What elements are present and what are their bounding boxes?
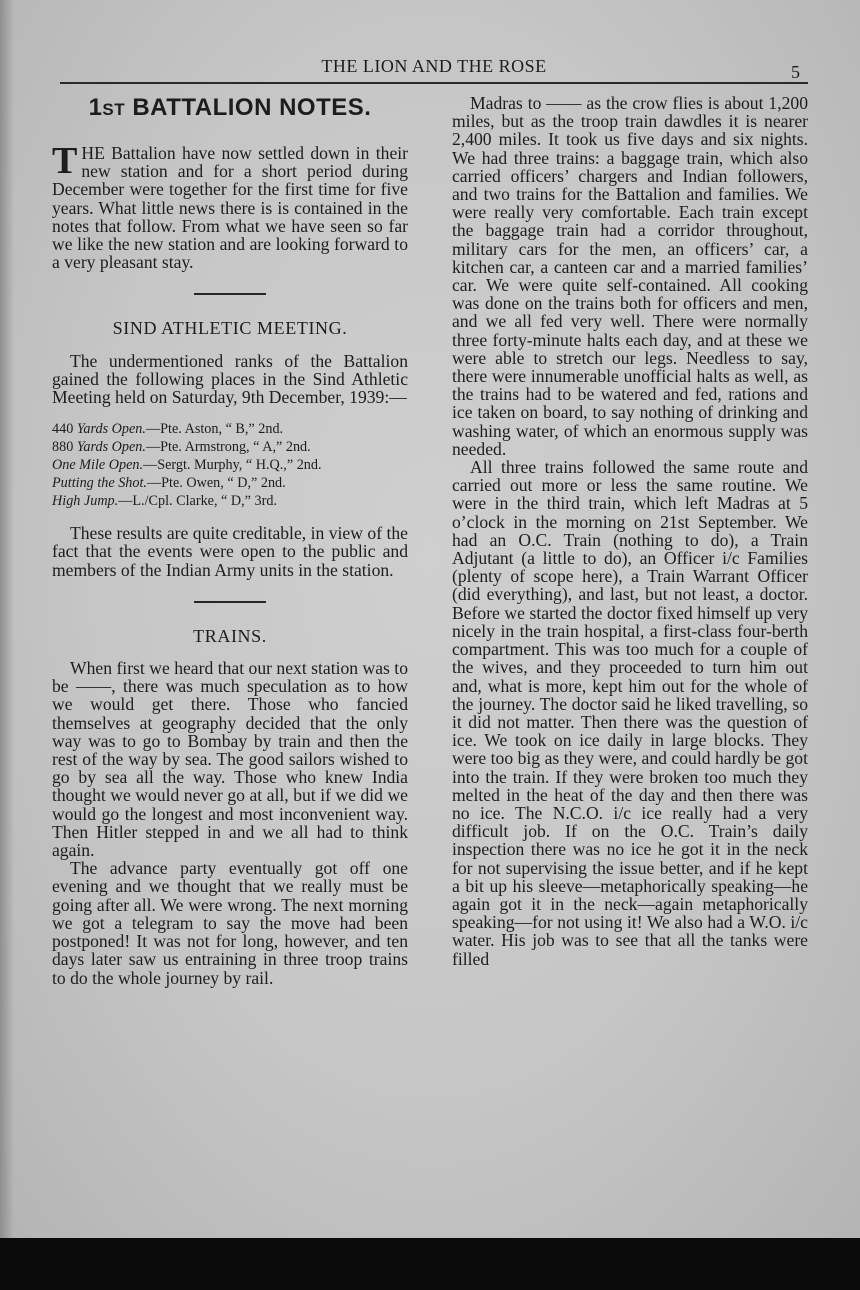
result-event: Yards Open.: [77, 421, 146, 437]
page-number: 5: [791, 62, 800, 83]
result-item: 440 Yards Open.—Pte. Aston, “ B,” 2nd.: [52, 420, 408, 438]
title-text: BATTALION NOTES.: [125, 94, 371, 121]
intro-text: HE Battalion have now settled down in th…: [52, 143, 408, 272]
result-event-number: 880: [52, 439, 77, 455]
result-detail: —Pte. Aston, “ B,” 2nd.: [146, 421, 283, 437]
result-detail: —L./Cpl. Clarke, “ D,” 3rd.: [118, 493, 277, 509]
result-detail: —Pte. Owen, “ D,” 2nd.: [147, 475, 286, 491]
result-event: Putting the Shot.: [52, 475, 147, 491]
trains-paragraph-2: The advance party eventually got off one…: [52, 859, 408, 986]
result-detail: —Sergt. Murphy, “ H.Q.,” 2nd.: [143, 457, 322, 473]
article-title: 1ST BATTALION NOTES.: [52, 94, 408, 124]
result-event: High Jump.: [52, 493, 118, 509]
result-item: High Jump.—L./Cpl. Clarke, “ D,” 3rd.: [52, 492, 408, 510]
scan-bottom-edge: [0, 1238, 860, 1290]
journey-paragraph-2: All three trains followed the same route…: [452, 458, 808, 968]
title-ordinal: 1: [89, 94, 103, 121]
section-divider: [194, 293, 266, 295]
journey-paragraph-1: Madras to —— as the crow flies is about …: [452, 94, 808, 458]
sind-intro-paragraph: The undermentioned ranks of the Battalio…: [52, 352, 408, 407]
section-divider: [194, 601, 266, 603]
result-event: One Mile Open.: [52, 457, 143, 473]
section-heading-sind: SIND ATHLETIC MEETING.: [52, 319, 408, 337]
drop-cap: T: [52, 146, 77, 176]
sind-closing-paragraph: These results are quite creditable, in v…: [52, 524, 408, 579]
title-ordinal-suffix: ST: [102, 100, 125, 119]
trains-paragraph-1: When first we heard that our next statio…: [52, 659, 408, 859]
result-item: Putting the Shot.—Pte. Owen, “ D,” 2nd.: [52, 474, 408, 492]
intro-paragraph: THE Battalion have now settled down in t…: [52, 144, 408, 271]
athletic-results-list: 440 Yards Open.—Pte. Aston, “ B,” 2nd. 8…: [52, 420, 408, 510]
result-detail: —Pte. Armstrong, “ A,” 2nd.: [146, 439, 311, 455]
scanned-page: THE LION AND THE ROSE 5 1ST BATTALION NO…: [0, 0, 860, 1238]
result-event-number: 440: [52, 421, 77, 437]
running-header: THE LION AND THE ROSE 5: [60, 56, 808, 84]
left-column: 1ST BATTALION NOTES. THE Battalion have …: [52, 94, 408, 987]
running-title: THE LION AND THE ROSE: [60, 56, 808, 77]
result-event: Yards Open.: [77, 439, 146, 455]
result-item: 880 Yards Open.—Pte. Armstrong, “ A,” 2n…: [52, 438, 408, 456]
result-item: One Mile Open.—Sergt. Murphy, “ H.Q.,” 2…: [52, 456, 408, 474]
section-heading-trains: TRAINS.: [52, 627, 408, 645]
right-column: Madras to —— as the crow flies is about …: [452, 94, 808, 968]
